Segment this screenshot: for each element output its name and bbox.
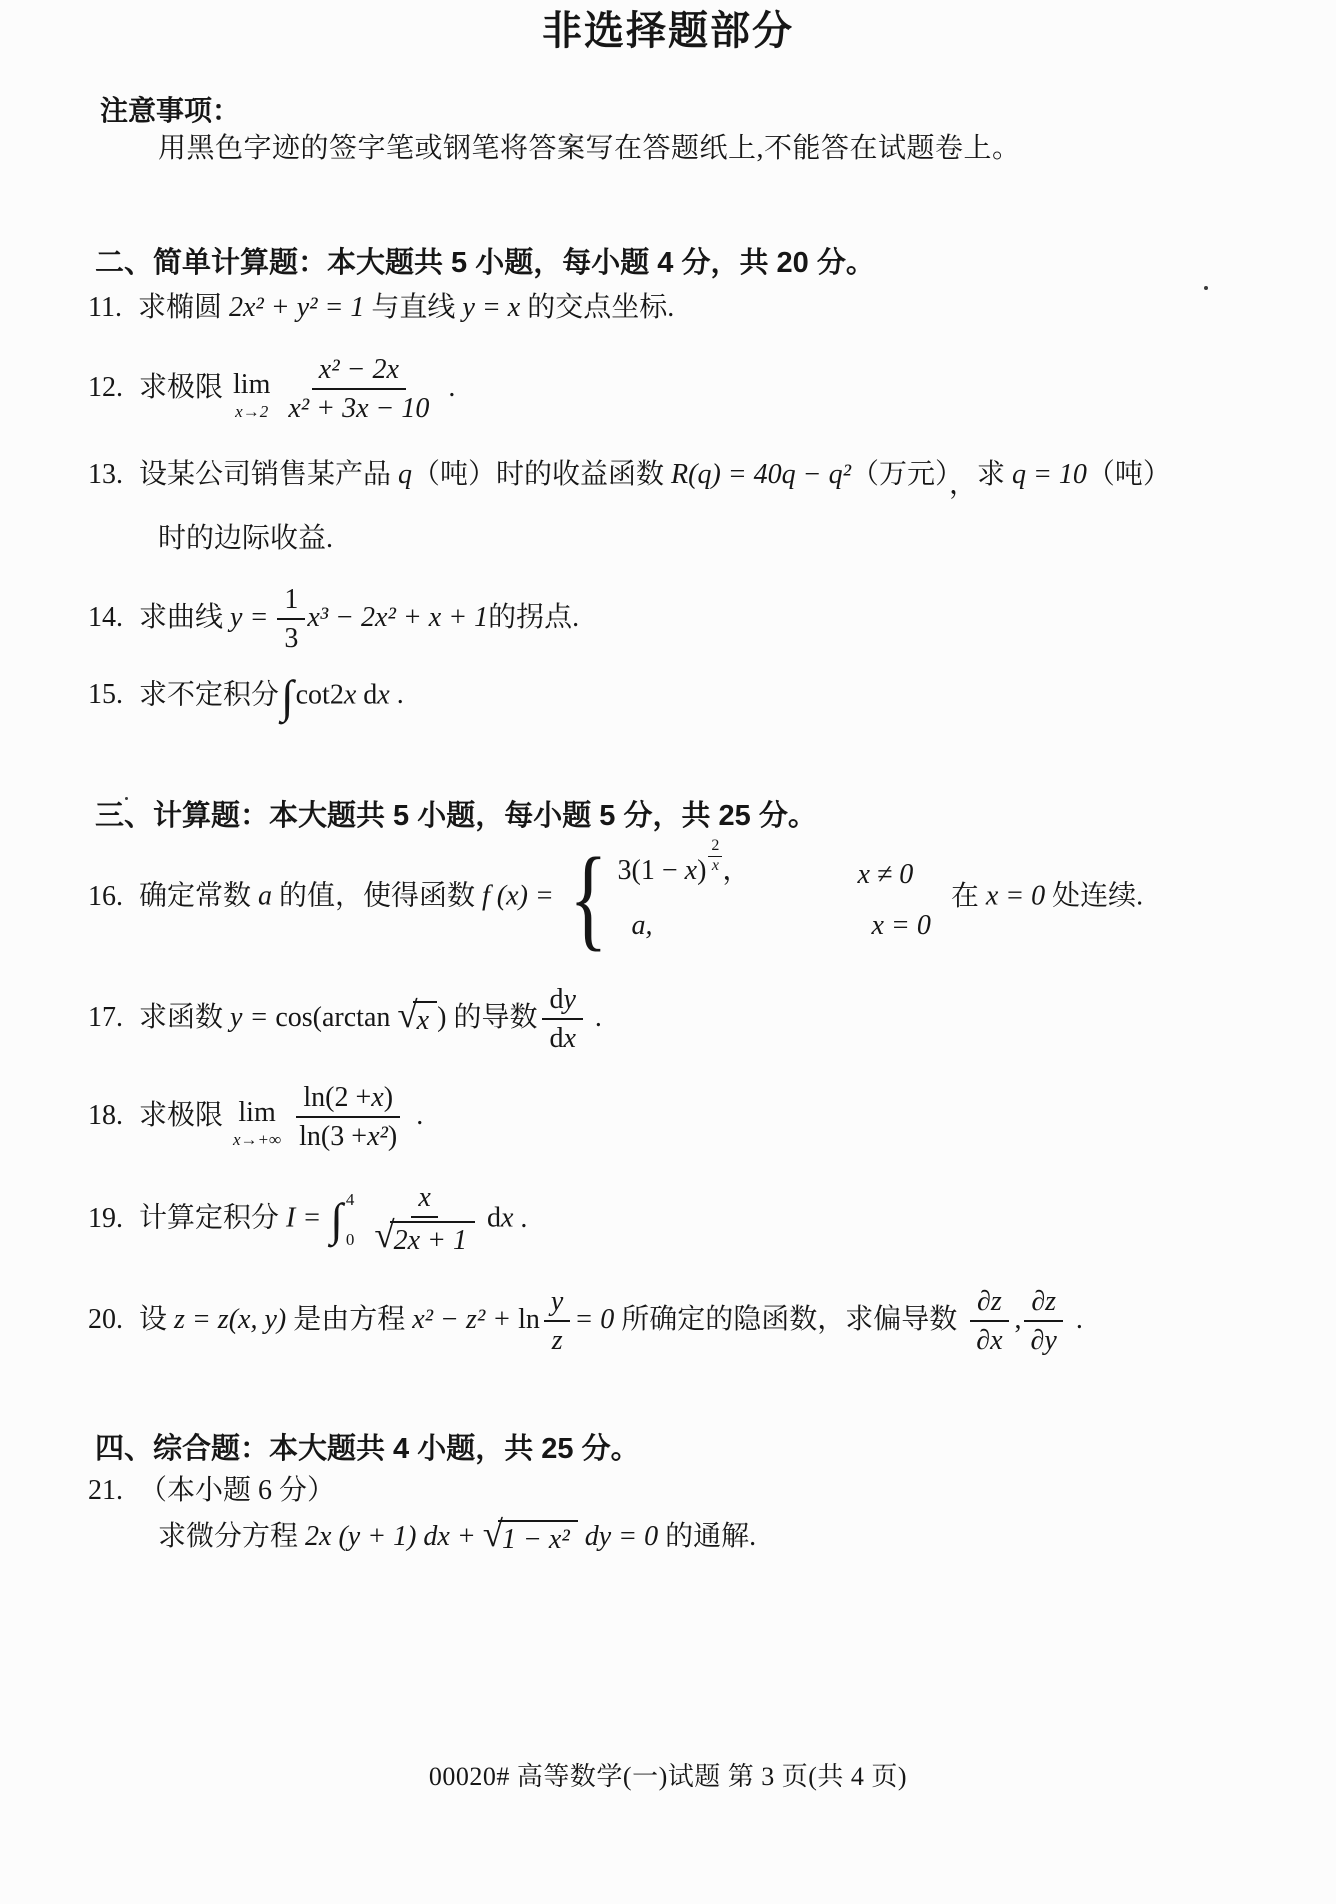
exponent-numerator: 2: [708, 838, 722, 857]
problem-16: 16.确定常数 a 的值，使得函数 f (x) = {3(1 − x)2x，x …: [88, 848, 1143, 948]
case-condition: x ≠ 0: [858, 858, 914, 891]
lim-word: lim: [238, 1099, 275, 1127]
square-root: √1 − x²: [483, 1520, 578, 1557]
fraction-denominator: 3: [277, 620, 305, 654]
problem-number: 13.: [88, 458, 123, 491]
integral-sign: ∫: [328, 1194, 345, 1245]
math: z = z(x, y): [174, 1304, 286, 1335]
text: 设: [139, 1304, 174, 1335]
math: a: [258, 881, 272, 912]
fraction-denominator: x² + 3x − 10: [281, 390, 436, 424]
text: （吨）: [1087, 459, 1171, 490]
radical-sign: √: [397, 997, 417, 1034]
period: .: [595, 1002, 602, 1033]
notice-label: 注意事项：: [100, 94, 240, 127]
square-root: √2x + 1: [374, 1221, 475, 1258]
scan-speck: [125, 797, 128, 800]
integral-bounds: 40: [346, 1190, 355, 1250]
text: 时的边际收益.: [158, 523, 333, 554]
fraction-numerator: x: [411, 1182, 437, 1218]
problem-number: 16.: [88, 880, 123, 913]
fraction: 13: [277, 584, 305, 655]
problem-13-line-1: 13.设某公司销售某产品 q（吨）时的收益函数 R(q) = 40q − q²（…: [88, 458, 1171, 501]
problem-21-equation: 求微分方程 2x (y + 1) dx + √1 − x² dy = 0 的通解…: [158, 1520, 756, 1557]
fraction-numerator: x² − 2x: [312, 354, 406, 390]
case-row-2: a,x = 0: [618, 909, 931, 942]
math: a,: [632, 910, 653, 941]
period: .: [397, 679, 404, 710]
problem-11: 11.求椭圆 2x² + y² = 1 与直线 y = x 的交点坐标.: [88, 291, 674, 324]
exponent-denominator: x: [712, 857, 719, 875]
math: q = 10: [1012, 459, 1087, 490]
comma: ,: [1015, 1304, 1022, 1335]
math: dy = 0: [578, 1521, 658, 1552]
case-row-1: 3(1 − x)2x，x ≠ 0: [618, 854, 931, 891]
limit: limx→2: [233, 371, 270, 420]
math: y =: [230, 1002, 275, 1033]
text: 在: [951, 881, 986, 912]
text: 的通解.: [658, 1521, 756, 1552]
radicand: 2x + 1: [390, 1221, 475, 1257]
derivative-fraction: dydx: [542, 984, 582, 1055]
math: x: [377, 679, 389, 710]
radicand: 1 − x²: [498, 1520, 578, 1556]
math: ): [384, 1082, 393, 1113]
math: y = x: [462, 292, 520, 323]
exam-page: 非选择题部分 注意事项： 用黑色字迹的签字笔或钢笔将答案写在答题纸上,不能答在试…: [0, 0, 1336, 1904]
text: （吨）时的收益函数: [412, 459, 671, 490]
math: ln(3 +: [299, 1121, 367, 1152]
problem-17: 17.求函数 y = cos(arctan √x) 的导数dydx.: [88, 984, 602, 1055]
text: 所确定的隐函数，求偏导数: [614, 1304, 964, 1335]
text: 求不定积分: [139, 679, 279, 710]
problem-number: 11.: [88, 291, 122, 324]
period: .: [416, 1100, 423, 1131]
math: d: [549, 1023, 563, 1054]
text: 计算定积分: [139, 1203, 286, 1234]
notice-body: 用黑色字迹的签字笔或钢笔将答案写在答题纸上,不能答在试题卷上。: [158, 132, 1021, 165]
math: ln: [518, 1304, 540, 1335]
problem-number: 12.: [88, 371, 123, 404]
math: x: [344, 679, 356, 710]
text: 求极限: [139, 1100, 223, 1131]
lim-word: lim: [233, 371, 270, 399]
math: q: [398, 459, 412, 490]
square-root: √x: [397, 1001, 437, 1038]
text: （万元）: [851, 459, 949, 490]
math: cos(arctan: [275, 1002, 397, 1033]
period: .: [448, 372, 455, 403]
math: 2x² + y² = 1: [229, 292, 364, 323]
lower-bound: 0: [346, 1230, 355, 1250]
text: 确定常数: [139, 881, 258, 912]
text: 求曲线: [139, 602, 230, 633]
exponent-fraction: 2x: [708, 838, 722, 875]
fraction-numerator: 1: [277, 584, 305, 620]
problem-number: 20.: [88, 1303, 123, 1336]
math: y: [563, 984, 575, 1015]
math: R(q) = 40q − q²: [671, 459, 851, 490]
low-comma: ，: [949, 469, 977, 500]
problem-number: 18.: [88, 1099, 123, 1132]
page-title: 非选择题部分: [0, 8, 1336, 55]
case-expression: a,: [618, 909, 872, 942]
math: 2x (y + 1) dx +: [305, 1521, 483, 1552]
case-expression: 3(1 − x)2x，: [618, 854, 858, 891]
fraction-numerator: ∂z: [970, 1286, 1009, 1322]
comma: ，: [722, 855, 750, 886]
problem-number: 17.: [88, 1001, 123, 1034]
integral-sign: ∫: [279, 671, 296, 722]
math: I =: [286, 1203, 328, 1234]
scan-speck: [1204, 286, 1208, 290]
fraction-numerator: ∂z: [1024, 1286, 1063, 1322]
text: 的导数: [446, 1002, 537, 1033]
partial-derivative: ∂z∂x: [969, 1286, 1009, 1357]
fraction-numerator: dy: [542, 984, 582, 1020]
partial-derivative: ∂z∂y: [1024, 1286, 1064, 1357]
fraction-denominator: ln(3 + x²): [292, 1118, 404, 1152]
period: .: [1076, 1304, 1083, 1335]
fraction-denominator: z: [545, 1322, 570, 1356]
problem-12: 12.求极限limx→2x² − 2xx² + 3x − 10.: [88, 354, 455, 425]
section-4-heading: 四、综合题：本大题共 4 小题，共 25 分。: [95, 1432, 640, 1466]
text: 求极限: [139, 372, 223, 403]
fraction-denominator: ∂x: [969, 1322, 1009, 1356]
fraction-denominator: ∂y: [1024, 1322, 1064, 1356]
piecewise-function: {3(1 − x)2x，x ≠ 0a,x = 0: [561, 848, 931, 948]
problem-20: 20.设 z = z(x, y) 是由方程 x² − z² + lnyz= 0 …: [88, 1286, 1083, 1357]
math: 3(1 −: [618, 855, 685, 886]
text: 的值，使得函数: [272, 881, 482, 912]
math: y =: [230, 602, 275, 633]
problem-13-line-2: 时的边际收益.: [158, 522, 333, 555]
math: x: [563, 1023, 575, 1054]
text: 的拐点.: [488, 602, 579, 633]
radical-sign: √: [374, 1217, 394, 1254]
fraction: ln(2 + x)ln(3 + x²): [292, 1082, 404, 1153]
text: 是由方程: [286, 1304, 412, 1335]
problem-18: 18.求极限limx→+∞ln(2 + x)ln(3 + x²).: [88, 1082, 423, 1153]
math: = 0: [574, 1304, 614, 1335]
fraction-denominator: √2x + 1: [367, 1218, 482, 1258]
text: 与直线: [364, 292, 462, 323]
text: 求函数: [139, 1002, 230, 1033]
problem-21-heading: 21.（本小题 6 分）: [88, 1474, 335, 1507]
text: 的交点坐标.: [520, 292, 674, 323]
fraction: yz: [544, 1286, 570, 1357]
lim-subscript: x→+∞: [233, 1131, 281, 1148]
math: x²: [367, 1121, 388, 1152]
case-condition: x = 0: [872, 909, 931, 942]
section-2-heading: 二、简单计算题：本大题共 5 小题，每小题 4 分，共 20 分。: [95, 246, 875, 280]
problem-number: 19.: [88, 1202, 123, 1235]
text: 设某公司销售某产品: [139, 459, 398, 490]
upper-bound: 4: [346, 1190, 355, 1210]
math: ): [388, 1121, 397, 1152]
math: ln(2 +: [303, 1082, 371, 1113]
math: cot2: [296, 679, 344, 710]
radical-sign: √: [483, 1516, 503, 1553]
fraction: x² − 2xx² + 3x − 10: [281, 354, 436, 425]
text: （本小题 6 分）: [139, 1475, 335, 1506]
left-brace: {: [569, 848, 607, 948]
limit: limx→+∞: [233, 1099, 281, 1148]
case-rows: 3(1 − x)2x，x ≠ 0a,x = 0: [618, 854, 931, 942]
math: x: [501, 1203, 513, 1234]
section-3-heading: 三、计算题：本大题共 5 小题，每小题 5 分，共 25 分。: [95, 799, 817, 833]
problem-number: 15.: [88, 678, 123, 711]
math: ): [697, 855, 706, 886]
problem-15: 15.求不定积分∫cot2x dx.: [88, 674, 404, 720]
text: 求微分方程: [158, 1521, 305, 1552]
math: x² − z² +: [412, 1304, 518, 1335]
problem-19: 19.计算定积分 I = ∫40x√2x + 1dx.: [88, 1182, 527, 1258]
fraction-denominator: dx: [542, 1020, 582, 1054]
problem-number: 21.: [88, 1474, 123, 1507]
text: 求: [977, 459, 1012, 490]
problem-14: 14.求曲线 y = 13x³ − 2x² + x + 1的拐点.: [88, 584, 579, 655]
math: x = 0: [986, 881, 1045, 912]
fraction-numerator: ln(2 + x): [296, 1082, 400, 1118]
period: .: [520, 1203, 527, 1234]
math: f (x) =: [482, 881, 561, 912]
text: 求椭圆: [138, 292, 229, 323]
math: x: [371, 1082, 383, 1113]
problem-number: 14.: [88, 601, 123, 634]
math: d: [487, 1203, 501, 1234]
math: d: [549, 984, 563, 1015]
text: 处连续.: [1045, 881, 1143, 912]
lim-subscript: x→2: [235, 403, 268, 420]
math: x: [685, 855, 697, 886]
page-footer: 00020# 高等数学(一)试题 第 3 页(共 4 页): [0, 1762, 1336, 1793]
fraction-numerator: y: [544, 1286, 570, 1322]
fraction: x√2x + 1: [367, 1182, 482, 1258]
math: d: [356, 679, 377, 710]
math: x³ − 2x² + x + 1: [307, 602, 488, 633]
